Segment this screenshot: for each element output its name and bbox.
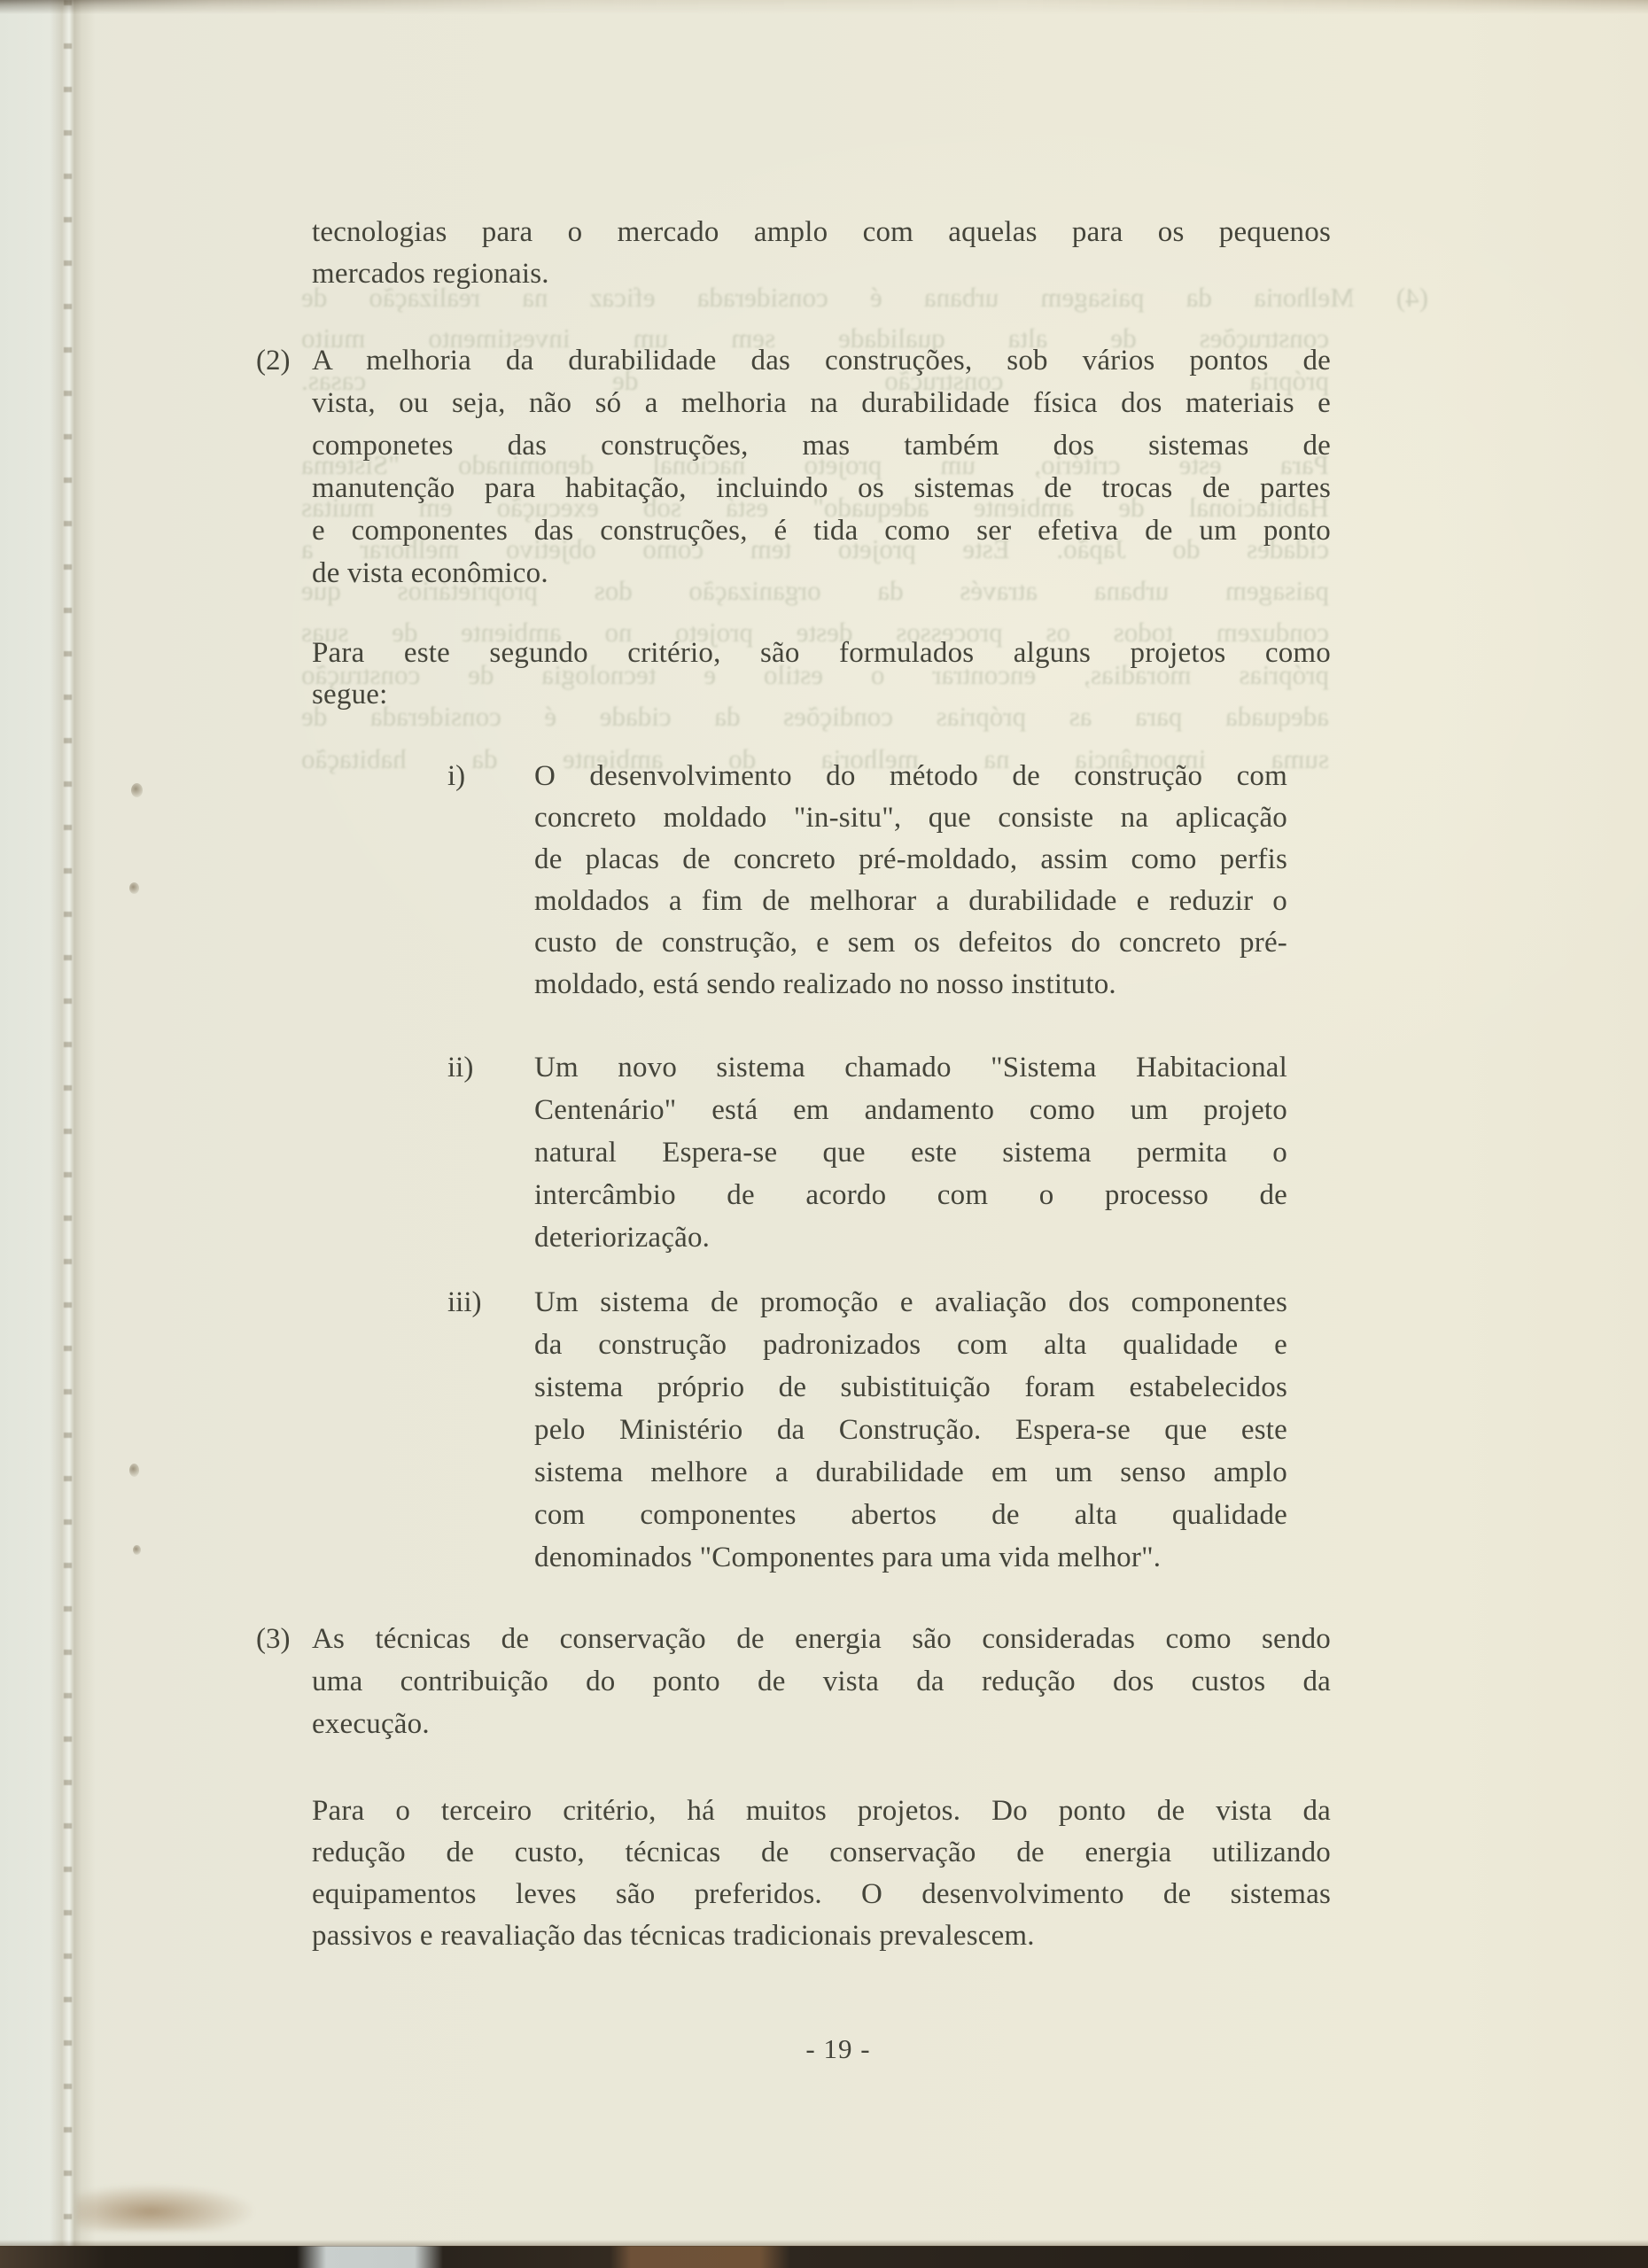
text-line: sistema melhore a durabilidade em um sen… [534,1451,1287,1494]
paragraph-sub-item-ii: Um novo sistema chamado "Sistema Habitac… [534,1046,1287,1259]
list-marker-i: i) [447,756,465,797]
text-line: concreto moldado "in-situ", que consiste… [534,797,1287,839]
paragraph-intro: tecnologias para o mercado amplo com aqu… [312,212,1331,295]
text-line: natural Espera-se que este sistema permi… [534,1131,1287,1174]
text-line: moldados a fim de melhorar a durabilidad… [534,881,1287,922]
text-line: pelo Ministério da Construção. Espera-se… [534,1409,1287,1451]
scan-top-edge-shadow [0,0,1648,14]
text-line: deteriorização. [534,1216,1287,1259]
text-line: Um novo sistema chamado "Sistema Habitac… [534,1046,1287,1089]
punch-mark [131,783,143,797]
text-line: execução. [312,1703,1331,1745]
text-line: denominados "Componentes para uma vida m… [534,1536,1287,1579]
text-line: O desenvolvimento do método de construçã… [534,756,1287,797]
text-line: uma contribuição do ponto de vista da re… [312,1660,1331,1703]
text-line: componetes das construções, mas também d… [312,424,1331,467]
punch-mark [129,882,139,894]
text-line: de placas de concreto pré-moldado, assim… [534,839,1287,881]
text-line: tecnologias para o mercado amplo com aqu… [312,212,1331,253]
text-line: Um sistema de promoção e avaliação dos c… [534,1281,1287,1324]
paragraph-third-criterion: Para o terceiro critério, há muitos proj… [312,1790,1331,1957]
binding-stitch-marks [64,0,72,2268]
list-marker-iii: iii) [447,1281,482,1324]
text-line: manutenção para habitação, incluindo os … [312,467,1331,509]
paragraph-second-criterion: Para este segundo critério, são formulad… [312,633,1331,716]
text-line: mercados regionais. [312,253,1331,295]
text-line: intercâmbio de acordo com o processo de [534,1174,1287,1216]
text-line: e componentes das construções, é tida co… [312,509,1331,552]
binding-crease [50,0,96,2268]
text-line: moldado, está sendo realizado no nosso i… [534,964,1287,1006]
punch-mark [129,1464,139,1477]
scanned-document-page: (4) Melhoria da paisagem urbana é consid… [0,0,1648,2268]
paragraph-item-2: A melhoria da durabilidade das construçõ… [312,339,1331,594]
text-line: Para o terceiro critério, há muitos proj… [312,1790,1331,1832]
text-line: Centenário" está em andamento como um pr… [534,1089,1287,1131]
text-line: Para este segundo critério, são formulad… [312,633,1331,674]
scan-bottom-edge [0,2246,1648,2268]
punch-mark [133,1545,141,1555]
list-marker-2: (2) [256,339,290,382]
text-line: com componentes abertos de alta qualidad… [534,1494,1287,1536]
text-line: custo de construção, e sem os defeitos d… [534,922,1287,964]
text-line: da construção padronizados com alta qual… [534,1324,1287,1366]
text-line: sistema próprio de subistituição foram e… [534,1366,1287,1409]
list-marker-ii: ii) [447,1046,473,1089]
text-line: A melhoria da durabilidade das construçõ… [312,339,1331,382]
paragraph-item-3: As técnicas de conservação de energia sã… [312,1618,1331,1745]
paper-stain [76,2185,253,2231]
text-line: segue: [312,674,1331,716]
text-line: redução de custo, técnicas de conservaçã… [312,1832,1331,1874]
text-line: de vista econômico. [312,552,1331,594]
paragraph-sub-item-i: O desenvolvimento do método de construçã… [534,756,1287,1006]
text-line: vista, ou seja, não só a melhoria na dur… [312,382,1331,424]
page-number: - 19 - [329,2033,1348,2065]
text-line: equipamentos leves são preferidos. O des… [312,1874,1331,1915]
paragraph-sub-item-iii: Um sistema de promoção e avaliação dos c… [534,1281,1287,1579]
text-line: passivos e reavaliação das técnicas trad… [312,1915,1331,1957]
text-line: As técnicas de conservação de energia sã… [312,1618,1331,1660]
list-marker-3: (3) [256,1618,290,1660]
